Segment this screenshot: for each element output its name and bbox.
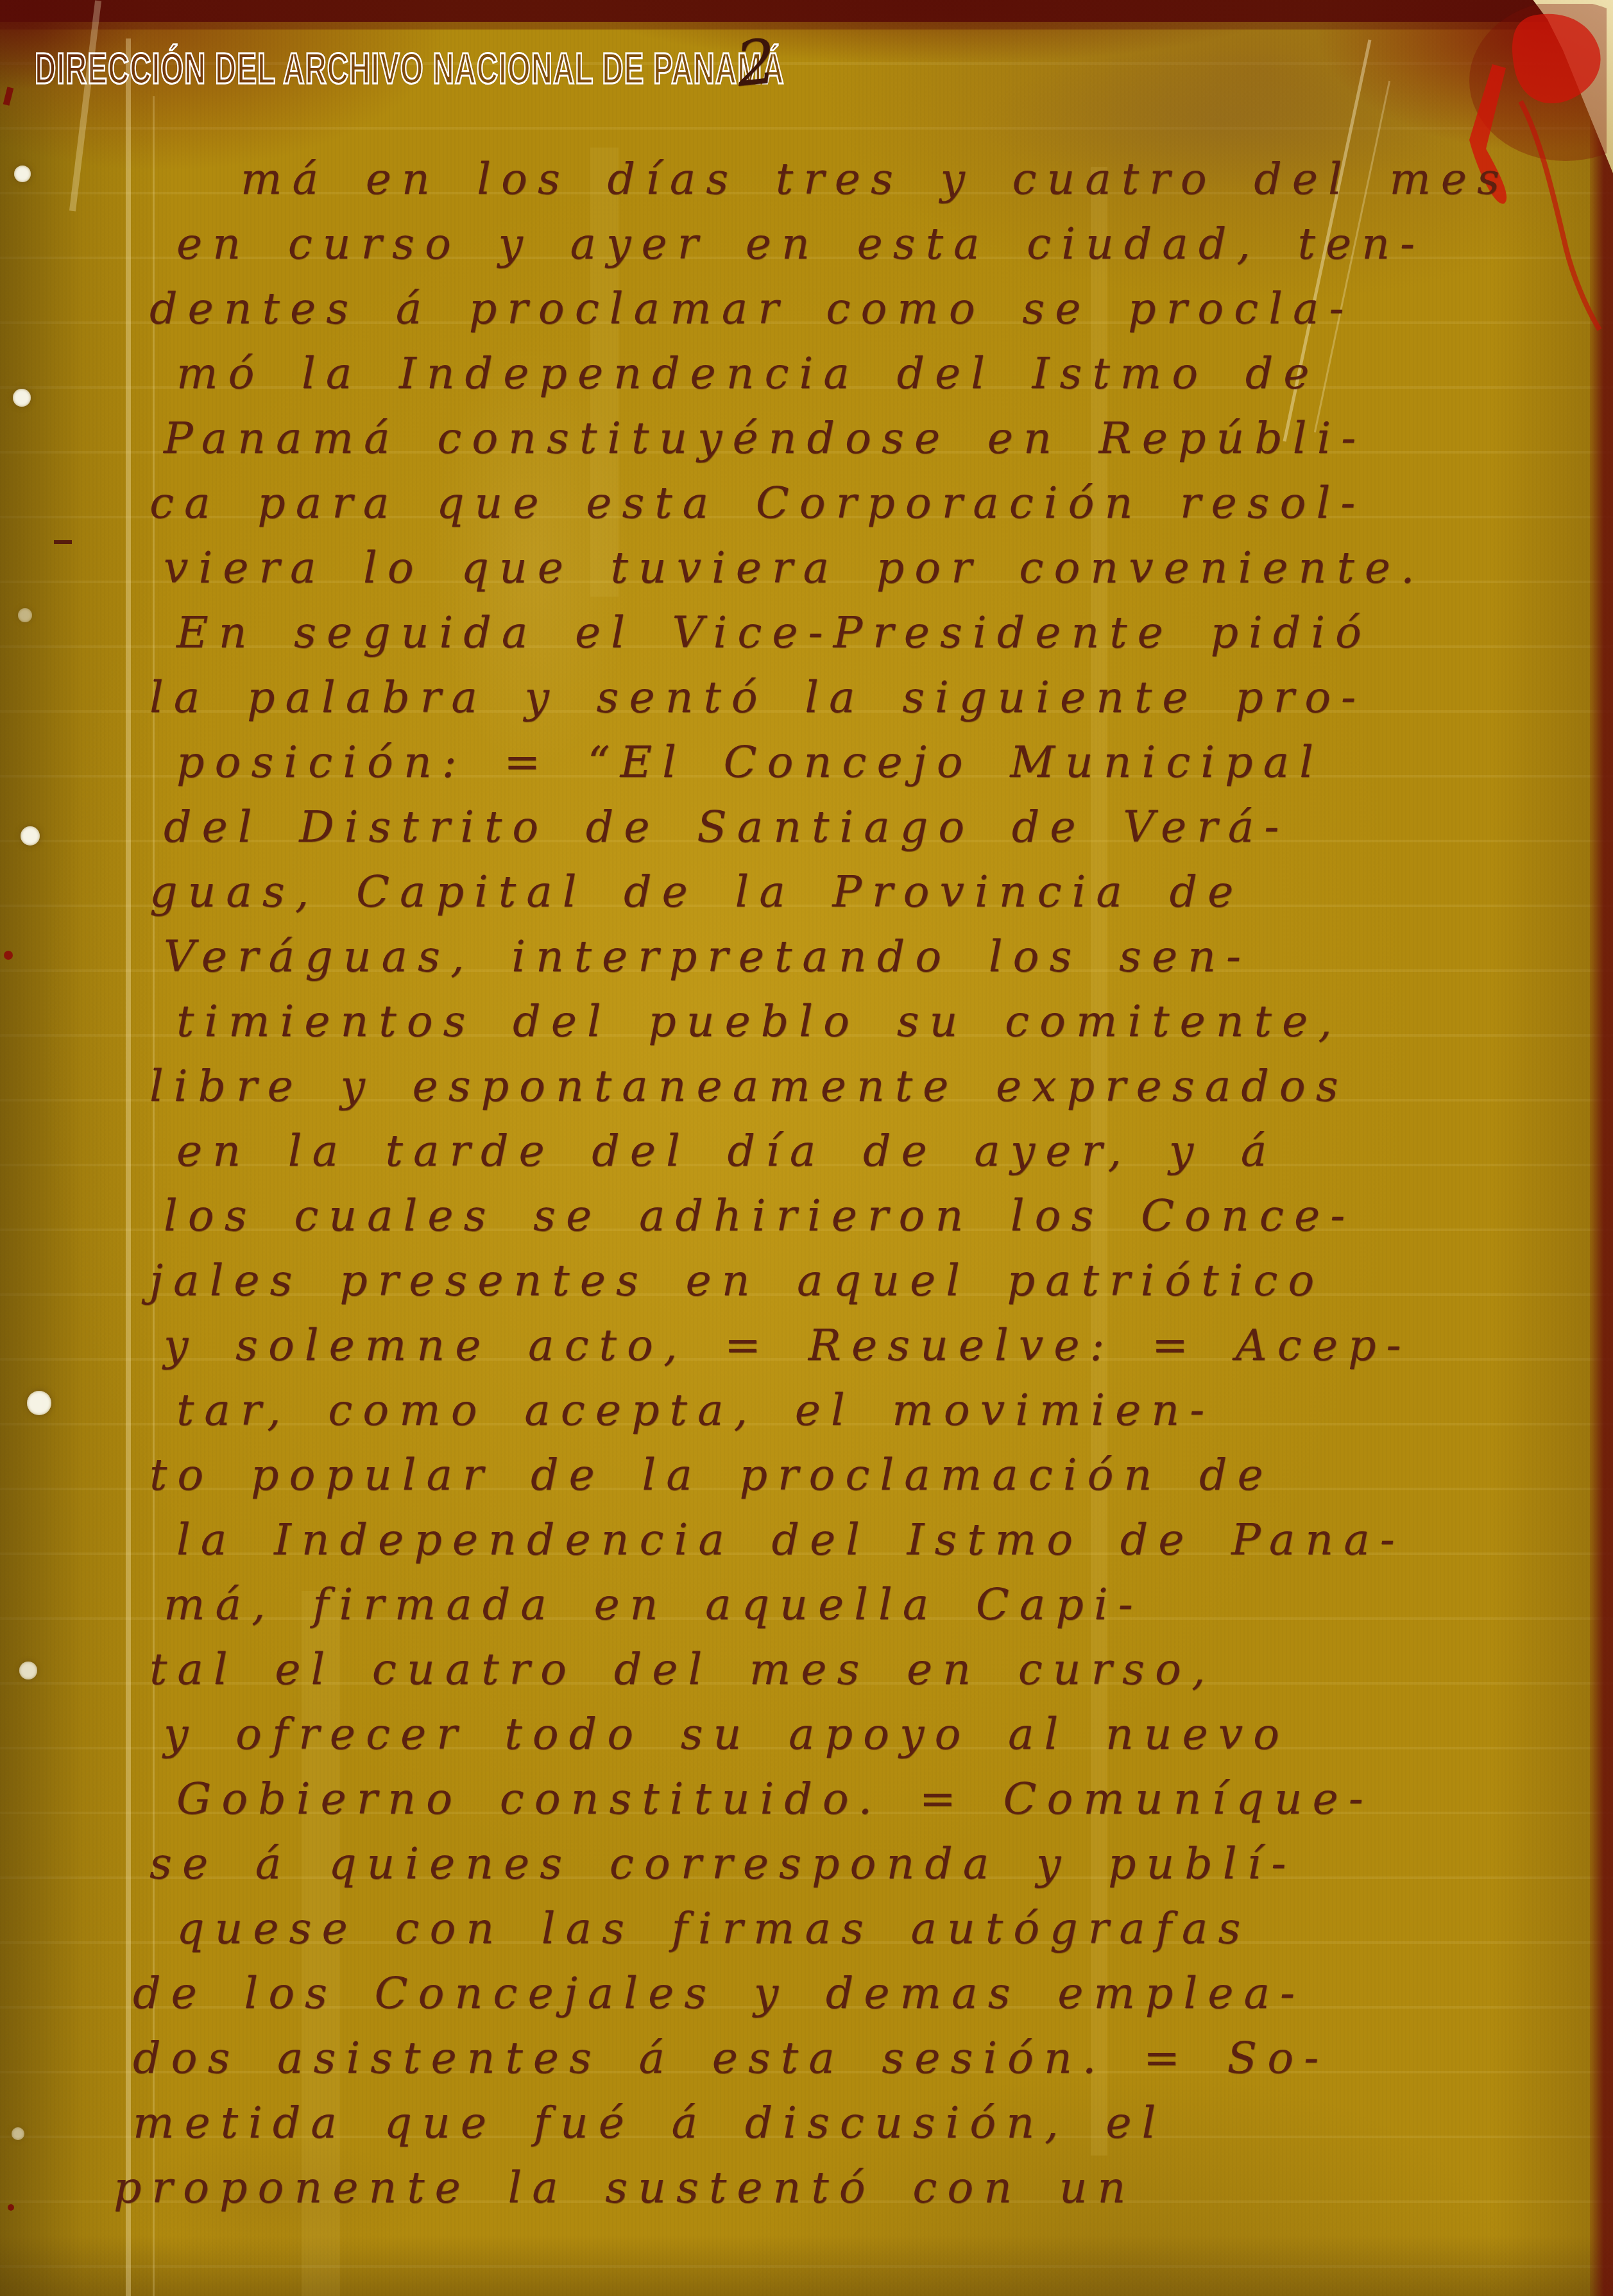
manuscript-line: ca para que esta Corporación resol- xyxy=(149,478,1542,543)
manuscript-line: tar, como acepta, el movimien- xyxy=(176,1385,1542,1450)
manuscript-line: proponente la sustentó con un xyxy=(114,2163,1542,2227)
manuscript-line: quese con las firmas autógrafas xyxy=(176,1903,1542,1968)
manuscript-line: Veráguas, interpretando los sen- xyxy=(164,931,1542,996)
manuscript-line: del Distrito de Santiago de Verá- xyxy=(164,802,1542,867)
manuscript-line: y ofrecer todo su apoyo al nuevo xyxy=(164,1709,1542,1774)
manuscript-line: de los Concejales y demas emplea- xyxy=(133,1968,1542,2033)
manuscript-line: viera lo que tuviera por conveniente. xyxy=(164,543,1542,608)
punch-hole xyxy=(12,2127,24,2140)
punch-hole xyxy=(18,608,32,622)
ink-speck xyxy=(8,2204,14,2211)
manuscript-line: y solemne acto, = Resuelve: = Acep- xyxy=(164,1320,1542,1385)
manuscript-text: má en los días tres y cuatro del mesen c… xyxy=(164,154,1542,2227)
manuscript-line: la Independencia del Istmo de Pana- xyxy=(176,1515,1542,1579)
ink-speck xyxy=(3,87,13,106)
manuscript-line: en curso y ayer en esta ciudad, ten- xyxy=(176,219,1542,284)
manuscript-line: metida que fué á discusión, el xyxy=(133,2098,1542,2163)
punch-hole xyxy=(21,826,40,846)
archive-stamp: DIRECCIÓN DEL ARCHIVO NACIONAL DE PANAMÁ xyxy=(35,42,785,94)
punch-hole xyxy=(27,1391,51,1415)
manuscript-line: guas, Capital de la Provincia de xyxy=(149,867,1542,931)
punch-hole xyxy=(13,389,31,407)
manuscript-page: DIRECCIÓN DEL ARCHIVO NACIONAL DE PANAMÁ… xyxy=(0,0,1613,2296)
manuscript-line: Panamá constituyéndose en Repúbli- xyxy=(164,413,1542,478)
manuscript-line: timientos del pueblo su comitente, xyxy=(176,996,1542,1061)
manuscript-line: dentes á proclamar como se procla- xyxy=(149,284,1542,348)
page-number: 2 xyxy=(733,25,779,101)
manuscript-line: má, firmada en aquella Capi- xyxy=(164,1579,1542,1644)
manuscript-line: jales presentes en aquel patriótico xyxy=(149,1255,1542,1320)
manuscript-line: tal el cuatro del mes en curso, xyxy=(149,1644,1542,1709)
manuscript-line: se á quienes corresponda y publí- xyxy=(149,1839,1542,1903)
ink-speck xyxy=(4,951,13,960)
manuscript-line: mó la Independencia del Istmo de xyxy=(176,348,1542,413)
manuscript-line: En seguida el Vice-Presidente pidió xyxy=(176,608,1542,672)
manuscript-line: to popular de la proclamación de xyxy=(149,1450,1542,1515)
manuscript-line: libre y espontaneamente expresados xyxy=(149,1061,1542,1126)
punch-hole xyxy=(19,1662,37,1679)
manuscript-line: má en los días tres y cuatro del mes xyxy=(241,154,1542,219)
fold-crease xyxy=(69,1,101,212)
manuscript-line: posición: = “El Concejo Municipal xyxy=(176,737,1542,802)
manuscript-line: los cuales se adhirieron los Conce- xyxy=(164,1191,1542,1255)
fold-crease xyxy=(153,96,155,2296)
manuscript-line: dos asistentes á esta sesión. = So- xyxy=(133,2033,1542,2098)
manuscript-line: la palabra y sentó la siguiente pro- xyxy=(149,672,1542,737)
manuscript-line: Gobierno constituido. = Comuníque- xyxy=(176,1774,1542,1839)
scan-right-edge xyxy=(1590,0,1613,2296)
manuscript-line: en la tarde del día de ayer, y á xyxy=(176,1126,1542,1191)
ink-speck xyxy=(54,540,72,544)
fold-crease xyxy=(126,38,131,2296)
punch-hole xyxy=(14,166,31,182)
